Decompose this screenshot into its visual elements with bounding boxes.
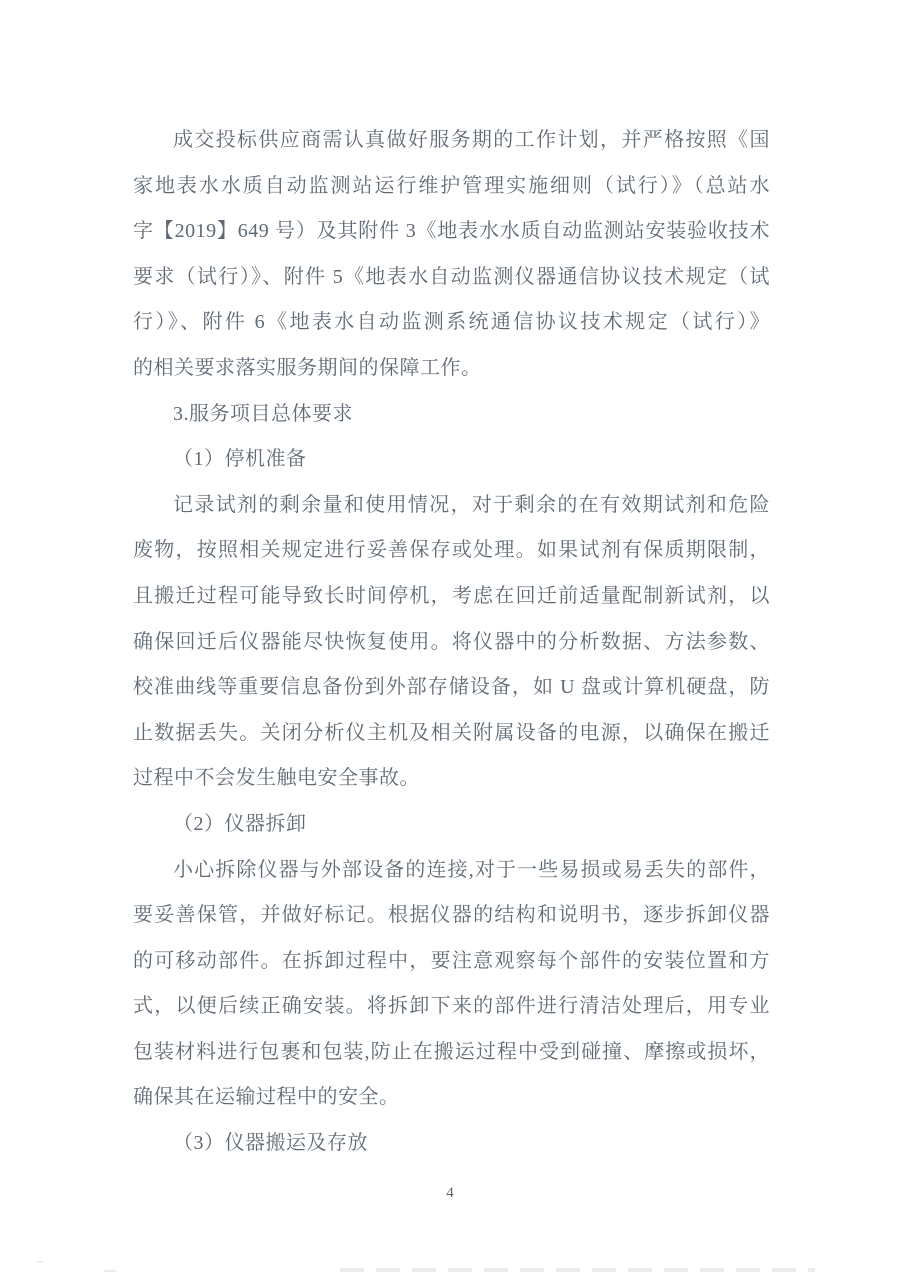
- text-line: 止数据丢失。关闭分析仪主机及相关附属设备的电源，以确保在搬迁: [133, 711, 770, 757]
- subsection-heading: （3）仪器搬运及存放: [133, 1121, 770, 1167]
- text-line: 校准曲线等重要信息备份到外部存储设备，如 U 盘或计算机硬盘，防: [133, 665, 770, 711]
- text-line: 家地表水水质自动监测站运行维护管理实施细则（试行）》（总站水: [133, 164, 770, 210]
- text-line: 成交投标供应商需认真做好服务期的工作计划，并严格按照《国: [133, 118, 770, 164]
- text-line: 字【2019】649 号）及其附件 3《地表水水质自动监测站安装验收技术: [133, 209, 770, 255]
- subsection-heading: （2）仪器拆卸: [133, 802, 770, 848]
- text-line: 式，以便后续正确安装。将拆卸下来的部件进行清洁处理后，用专业: [133, 984, 770, 1030]
- text-line: 要妥善保管，并做好标记。根据仪器的结构和说明书，逐步拆卸仪器: [133, 893, 770, 939]
- text-line: 要求（试行）》、附件 5《地表水自动监测仪器通信协议技术规定（试: [133, 255, 770, 301]
- text-line: 且搬迁过程可能导致长时间停机，考虑在回迁前适量配制新试剂，以: [133, 574, 770, 620]
- text-line: 废物，按照相关规定进行妥善保存或处理。如果试剂有保质期限制，: [133, 528, 770, 574]
- text-line: 确保其在运输过程中的安全。: [133, 1075, 770, 1121]
- scan-speck: [104, 1270, 116, 1272]
- document-page: 成交投标供应商需认真做好服务期的工作计划，并严格按照《国 家地表水水质自动监测站…: [0, 0, 900, 1273]
- text-line: 行）》、附件 6《地表水自动监测系统通信协议技术规定（试行）》: [133, 300, 770, 346]
- subsection-heading: （1）停机准备: [133, 437, 770, 483]
- text-line: 的相关要求落实服务期间的保障工作。: [133, 346, 770, 392]
- section-heading: 3.服务项目总体要求: [133, 392, 770, 438]
- text-line: 的可移动部件。在拆卸过程中，要注意观察每个部件的安装位置和方: [133, 939, 770, 985]
- scan-edge-artifact: [340, 1268, 815, 1272]
- page-number: 4: [0, 1183, 900, 1203]
- text-line: 确保回迁后仪器能尽快恢复使用。将仪器中的分析数据、方法参数、: [133, 620, 770, 666]
- text-line: 包装材料进行包裹和包装,防止在搬运过程中受到碰撞、摩擦或损坏，: [133, 1030, 770, 1076]
- scan-speck: [36, 1261, 43, 1263]
- text-line: 记录试剂的剩余量和使用情况，对于剩余的在有效期试剂和危险: [133, 483, 770, 529]
- document-text-block: 成交投标供应商需认真做好服务期的工作计划，并严格按照《国 家地表水水质自动监测站…: [133, 118, 770, 1167]
- text-line: 过程中不会发生触电安全事故。: [133, 756, 770, 802]
- text-line: 小心拆除仪器与外部设备的连接,对于一些易损或易丢失的部件，: [133, 848, 770, 894]
